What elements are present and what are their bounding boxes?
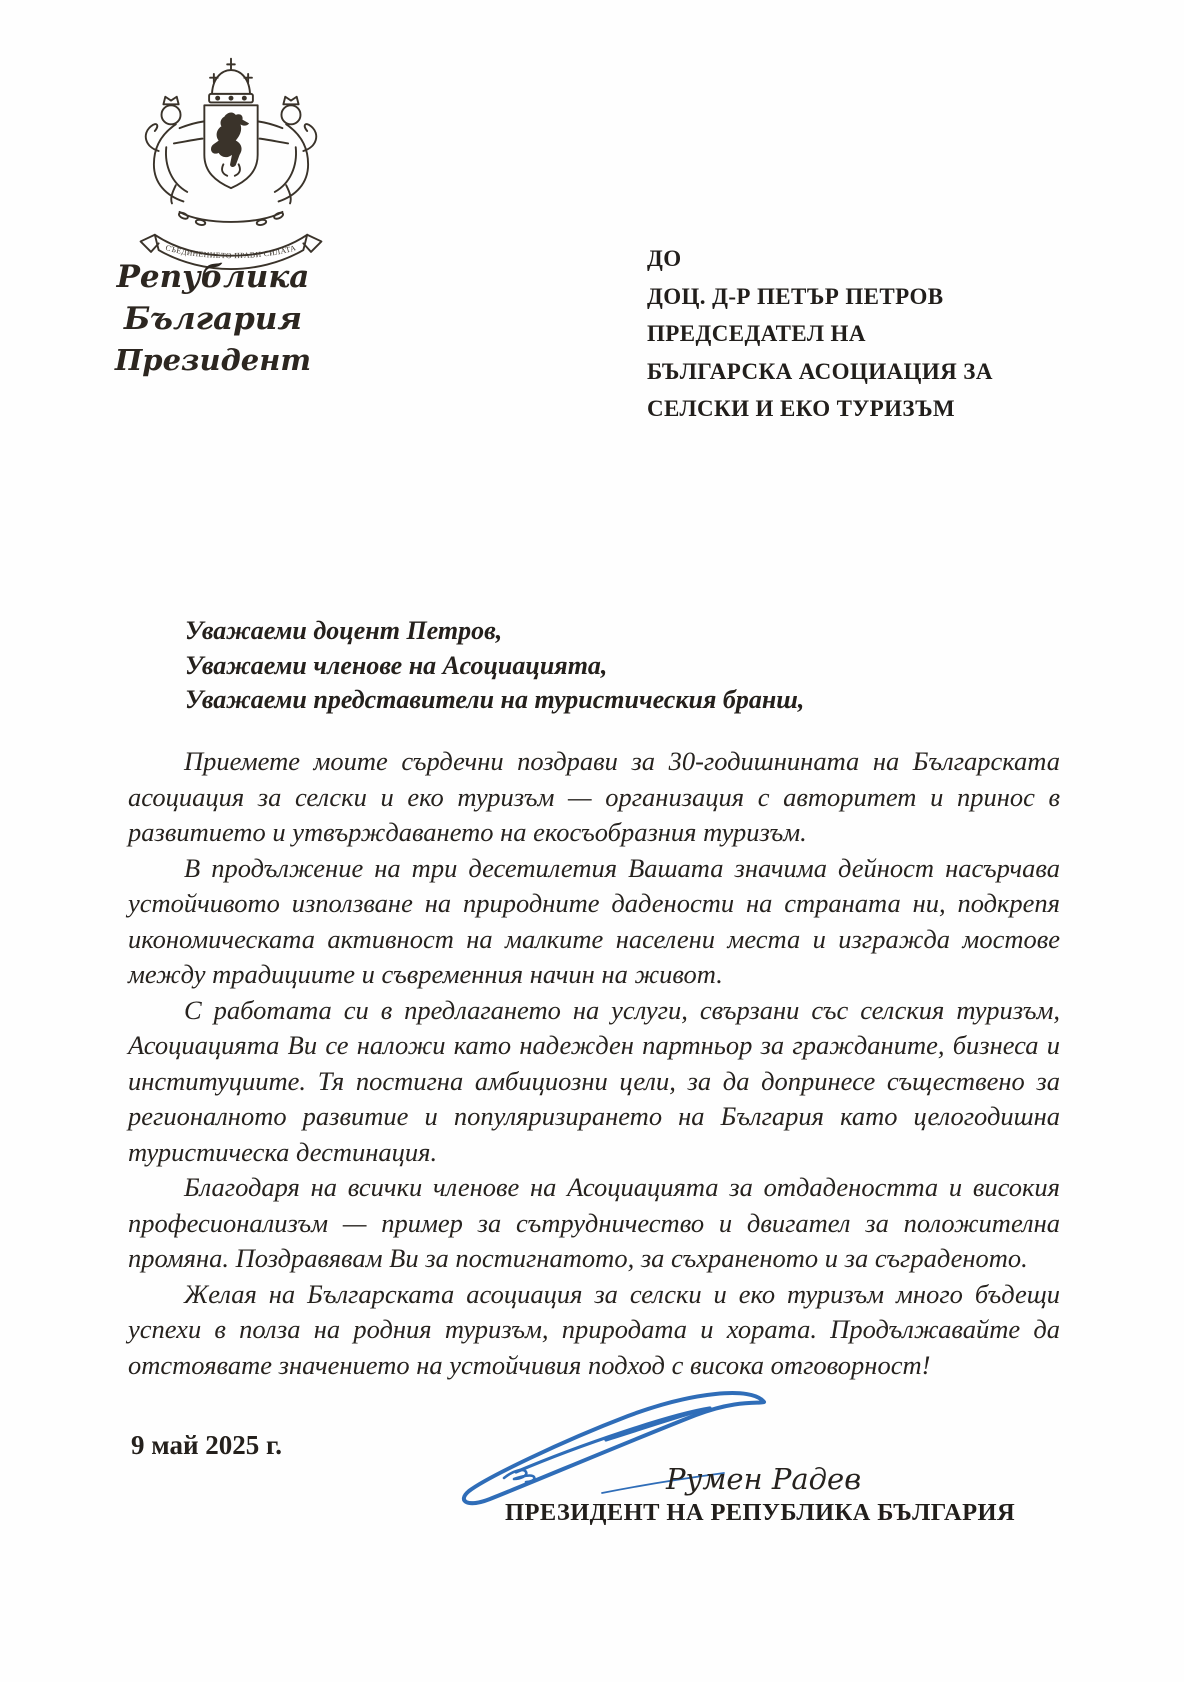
salutation-line: Уважаеми членове на Асоциацията,	[185, 649, 804, 684]
signer-name: Румен Радев	[666, 1462, 861, 1496]
letter-page: СЪЕДИНЕНИЕТО ПРАВИ СИЛАТА Република Бълг…	[0, 0, 1184, 1682]
letterhead: Република България Президент	[48, 256, 378, 380]
letter-date: 9 май 2025 г.	[131, 1430, 282, 1461]
salutation-block: Уважаеми доцент Петров, Уважаеми членове…	[185, 614, 804, 718]
salutation-line: Уважаеми представители на туристическия …	[185, 683, 804, 718]
recipient-line: ДО	[647, 240, 993, 278]
signer-title: ПРЕЗИДЕНТ НА РЕПУБЛИКА БЪЛГАРИЯ	[505, 1499, 1015, 1527]
recipient-line: БЪЛГАРСКА АСОЦИАЦИЯ ЗА	[647, 353, 993, 391]
body-paragraph: Желая на Българската асоциация за селски…	[128, 1277, 1060, 1384]
letterhead-president-line: Президент	[48, 340, 378, 380]
body-paragraph: В продължение на три десетилетия Вашата …	[128, 851, 1060, 993]
body-paragraph: С работата си в предлагането на услуги, …	[128, 993, 1060, 1171]
recipient-line: ДОЦ. Д-Р ПЕТЪР ПЕТРОВ	[647, 278, 993, 316]
letterhead-republic-line: Република България	[48, 256, 378, 340]
salutation-line: Уважаеми доцент Петров,	[185, 614, 804, 649]
recipient-line: ПРЕДСЕДАТЕЛ НА	[647, 315, 993, 353]
body-paragraph: Приемете моите сърдечни поздрави за 30-г…	[128, 744, 1060, 851]
recipient-block: ДО ДОЦ. Д-Р ПЕТЪР ПЕТРОВ ПРЕДСЕДАТЕЛ НА …	[647, 240, 993, 428]
recipient-line: СЕЛСКИ И ЕКО ТУРИЗЪМ	[647, 390, 993, 428]
letter-body: Приемете моите сърдечни поздрави за 30-г…	[128, 744, 1060, 1383]
bulgaria-coat-of-arms-icon: СЪЕДИНЕНИЕТО ПРАВИ СИЛАТА	[112, 52, 350, 290]
body-paragraph: Благодаря на всички членове на Асоциация…	[128, 1170, 1060, 1277]
